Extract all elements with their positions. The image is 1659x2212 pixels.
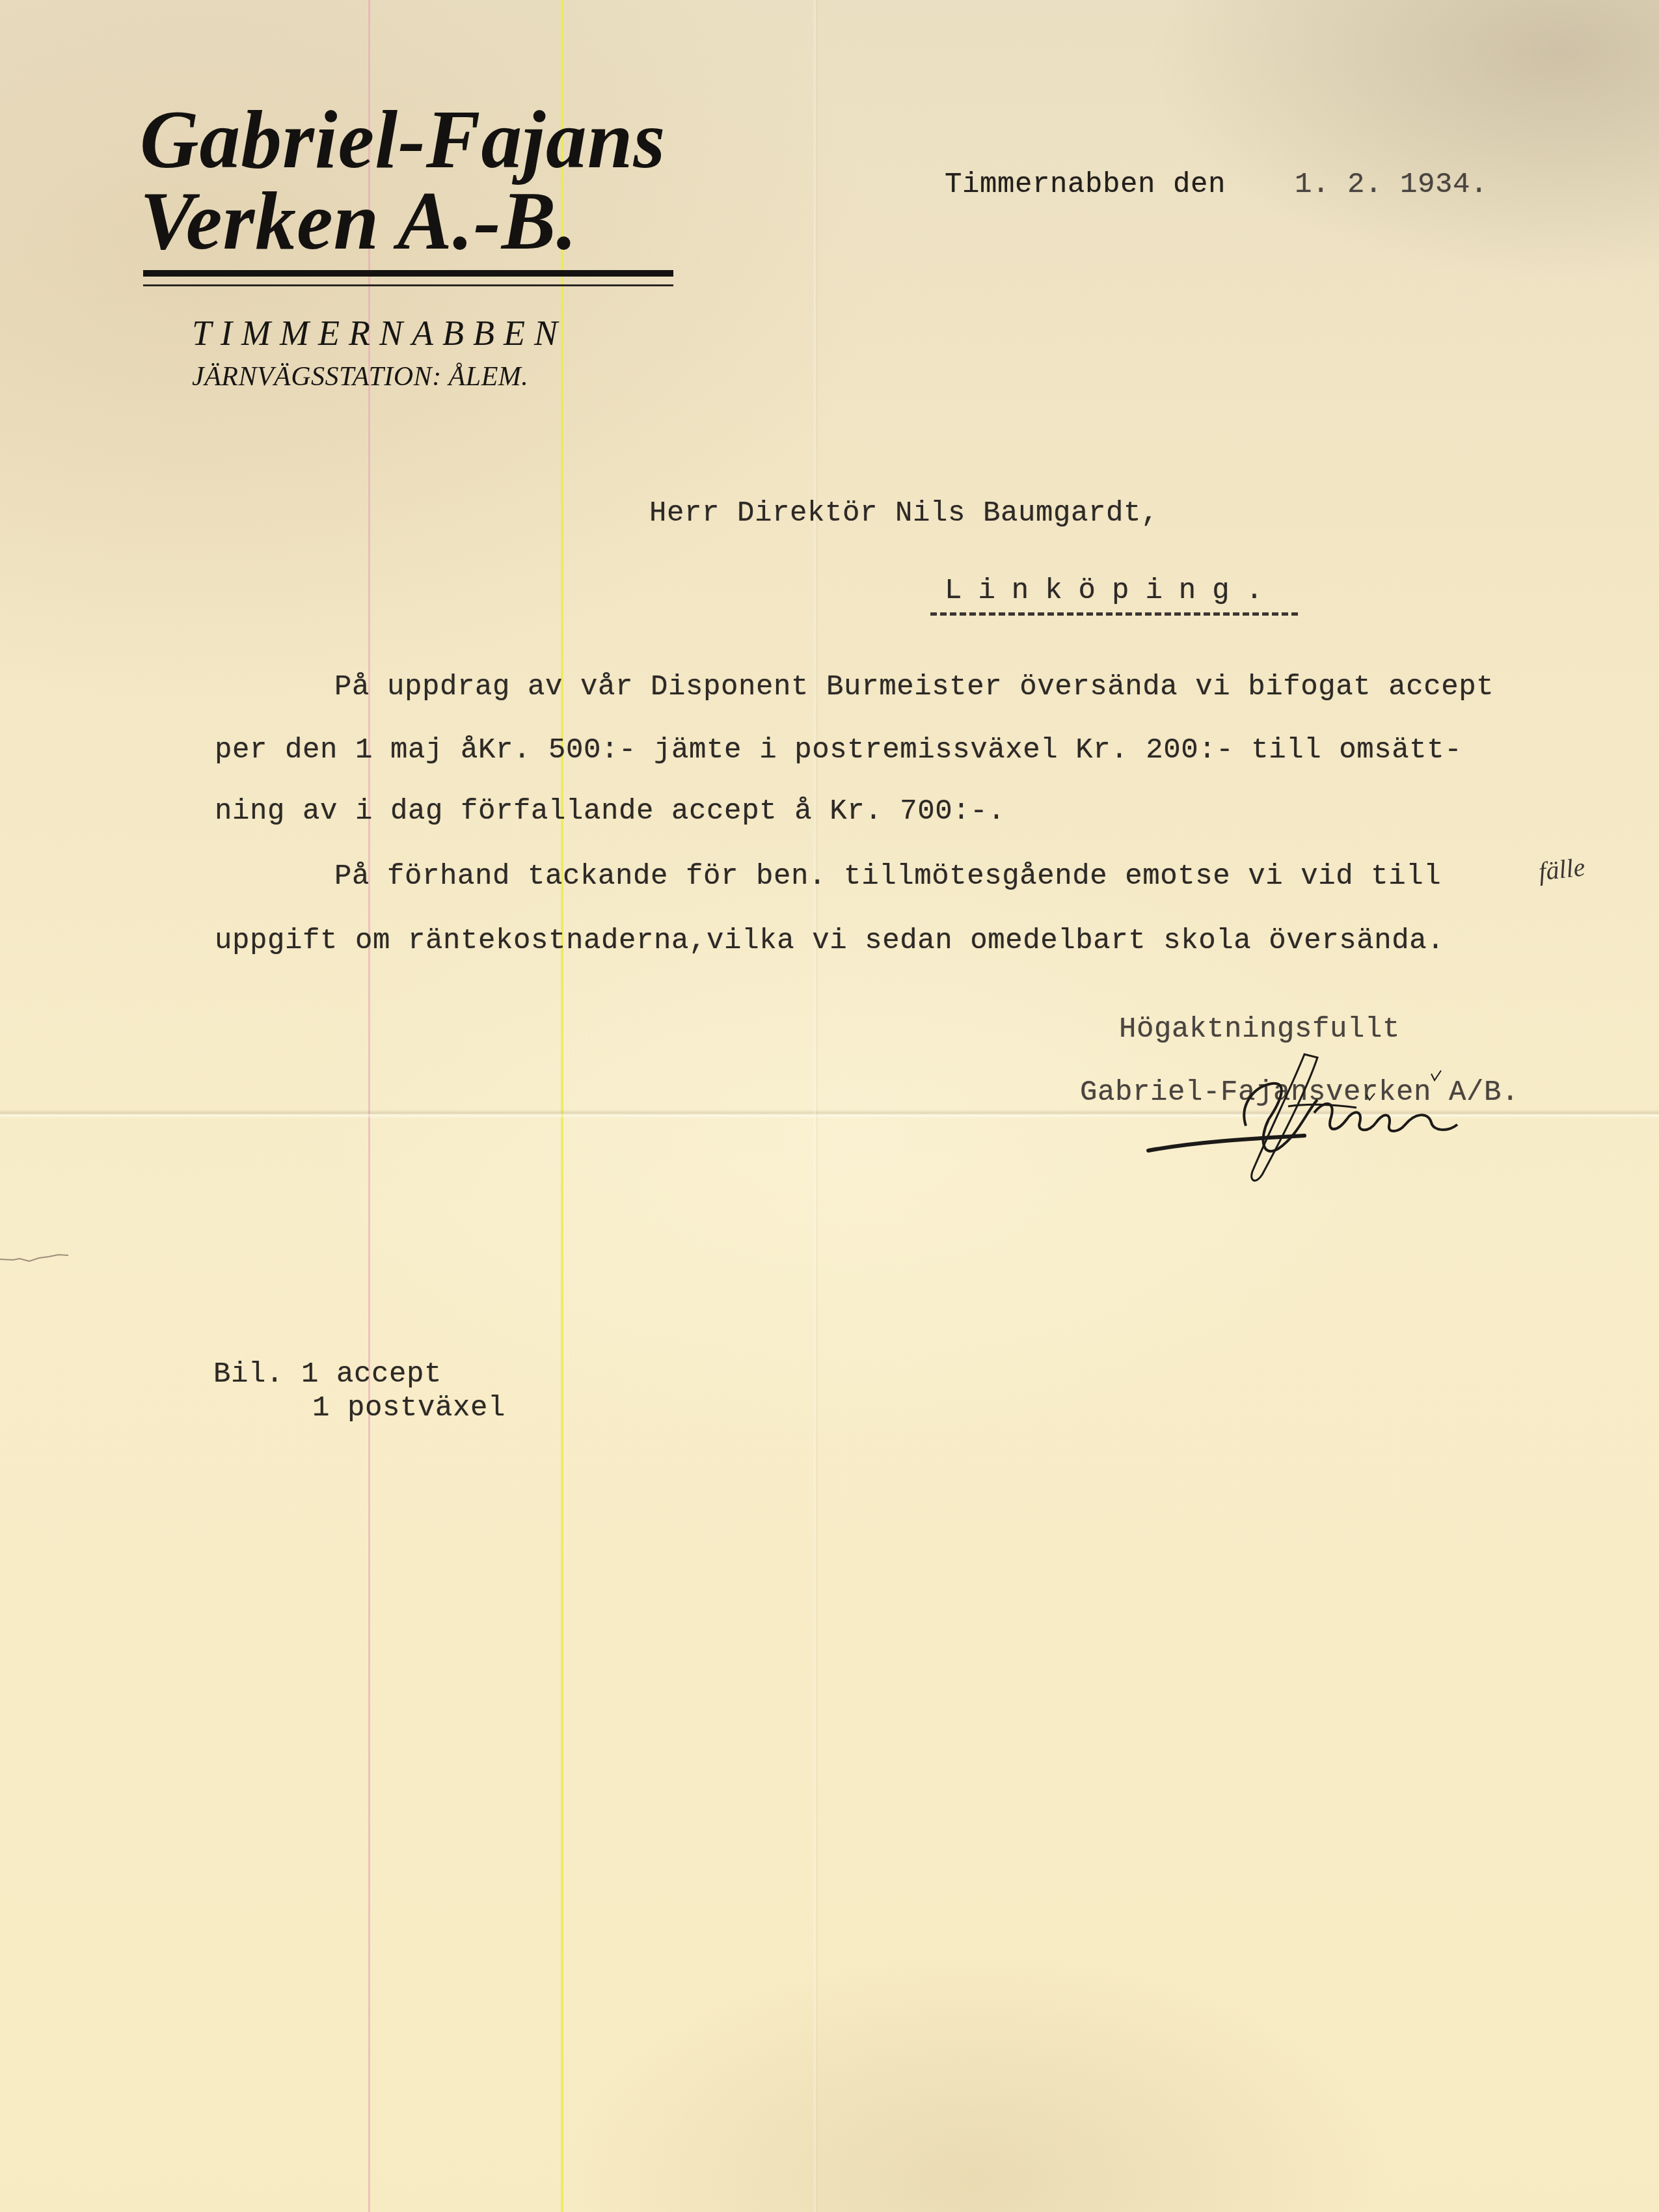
city-dashed-underline (930, 612, 1298, 616)
enclosure-line-2: 1 postväxel (312, 1394, 506, 1423)
body-line: per den 1 maj åKr. 500:- jämte i postrem… (215, 736, 1462, 765)
dateline-date: 1. 2. 1934. (1295, 171, 1488, 199)
body-line: På förhand tackande för ben. tillmötesgå… (334, 862, 1441, 891)
paper-tear-mark (0, 1253, 72, 1263)
letterhead-town: TIMMERNABBEN (192, 316, 567, 351)
letterhead-station: JÄRNVÄGSSTATION: ÅLEM. (192, 363, 528, 390)
signature-icon (1142, 1035, 1545, 1210)
body-line: På uppdrag av vår Disponent Burmeister ö… (334, 673, 1494, 702)
company-name-line2: Verken A.-B. (140, 179, 578, 262)
vertical-fold-crease (813, 0, 818, 2212)
dateline-place: Timmernabben den (945, 171, 1226, 199)
enclosure-line-1: Bil. 1 accept (213, 1360, 442, 1389)
body-line: uppgift om räntekostnaderna,vilka vi sed… (215, 927, 1444, 955)
recipient-name: Herr Direktör Nils Baumgardt, (649, 499, 1159, 528)
body-line: ning av i dag förfallande accept å Kr. 7… (215, 797, 1005, 826)
letterhead-rule-thick (143, 270, 673, 277)
recipient-city: Linköping. (945, 577, 1279, 605)
handwritten-insert: fälle (1537, 851, 1587, 886)
company-name-line1: Gabriel-Fajans (140, 98, 666, 181)
letterhead-rule-thin (143, 284, 673, 286)
